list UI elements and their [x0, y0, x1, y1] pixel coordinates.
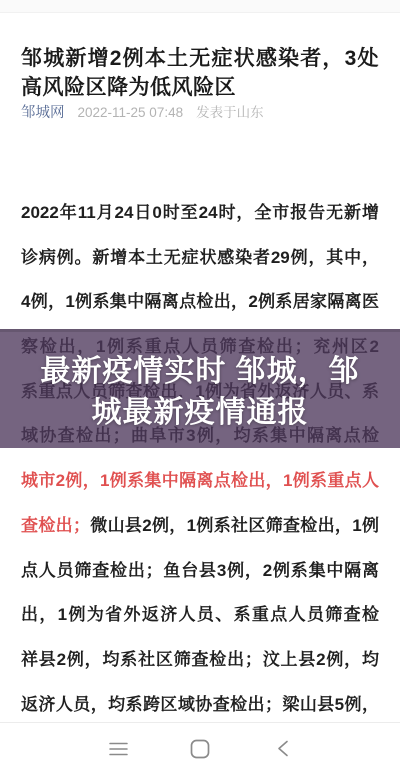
caption-overlay-band: 最新疫情实时 邹城，邹 城最新疫情通报 [0, 329, 400, 448]
article-title: 邹城新增2例本土无症状感染者，3处高风险区降为低风险区 [21, 44, 379, 102]
article-meta: 邹城网 2022-11-25 07:48 发表于山东 [21, 101, 379, 122]
article-line: 2022年11月24日0时至24时，全市报告无新增本土确 [21, 191, 379, 236]
article-line: 祥县2例，均系社区筛查检出；汶上县2例，均为省外 [21, 638, 379, 683]
publish-timestamp: 2022-11-25 07:48 [78, 105, 184, 120]
article-text-segment: 4例，1例系集中隔离点检出，2例系居家隔离医学观 [21, 292, 379, 325]
mobile-article-screen: 邹城新增2例本土无症状感染者，3处高风险区降为低风险区 邹城网 2022-11-… [0, 0, 400, 773]
article-line: 点人员筛查检出；鱼台县3例，2例系集中隔离点检 [21, 549, 379, 594]
article-text-segment: 查检出； [21, 516, 90, 535]
article-line: 4例，1例系集中隔离点检出，2例系居家隔离医学观 [21, 280, 379, 325]
menu-icon[interactable] [98, 723, 138, 773]
article-line: 出，1例为省外返济人员、系重点人员筛查检出；嘉 [21, 593, 379, 638]
article-text-segment: 出，1例为省外返济人员、系重点人员筛查检出；嘉 [21, 605, 379, 638]
publish-location: 发表于山东 [196, 101, 264, 121]
status-strip [0, 0, 400, 13]
source-account-link[interactable]: 邹城网 [21, 101, 65, 122]
article-line: 返济人员，均系跨区域协查检出；梁山县5例，4例系 [21, 683, 379, 728]
caption-overlay-line2: 城最新疫情通报 [92, 392, 309, 433]
article-line: 诊病例。新增本土无症状感染者29例，其中，任城区 [21, 236, 379, 281]
home-icon[interactable] [180, 723, 220, 773]
article-body: 2022年11月24日0时至24时，全市报告无新增本土确诊病例。新增本土无症状感… [21, 191, 379, 727]
article-text-segment: 诊病例。新增本土无症状感染者29例，其中，任城区 [21, 248, 379, 281]
article-text-segment: 点人员筛查检出；鱼台县3例，2例系集中隔离点检 [21, 561, 379, 594]
back-icon[interactable] [263, 723, 303, 773]
caption-overlay-line1: 最新疫情实时 邹城，邹 [40, 351, 359, 392]
article-text-segment: 城市2例，1例系集中隔离点检出，1例系重点人员筛 [21, 471, 379, 504]
article-text-segment: 2022年11月24日0时至24时，全市报告无新增本土确 [21, 203, 379, 236]
article-line: 城市2例，1例系集中隔离点检出，1例系重点人员筛 [21, 459, 379, 504]
article-text-segment: 祥县2例，均系社区筛查检出；汶上县2例，均为省外 [21, 650, 379, 683]
android-nav-bar [0, 722, 400, 773]
article-line: 查检出；微山县2例，1例系社区筛查检出，1例系重 [21, 504, 379, 549]
